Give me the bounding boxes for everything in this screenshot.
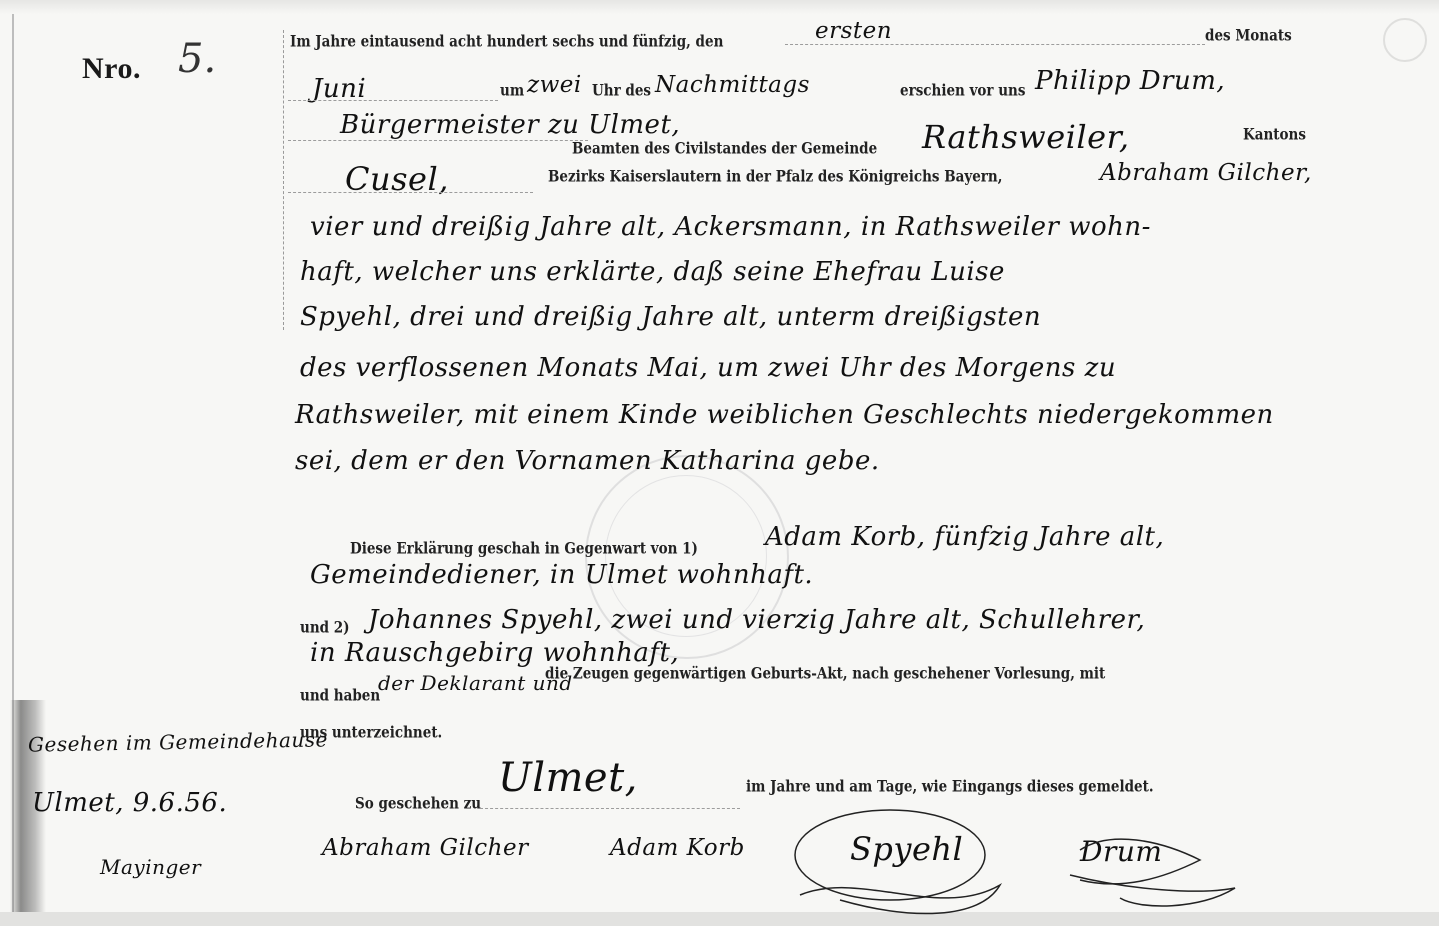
handwritten-und-haben-fill: der Deklarant und — [378, 671, 573, 695]
printed-beamten: Beamten des Civilstandes der Gemeinde — [572, 140, 877, 158]
margin-note-signature: Mayinger — [100, 855, 201, 879]
printed-diese-erklaerung: Diese Erklärung geschah in Gegenwart von… — [350, 540, 698, 558]
fill-line — [480, 808, 740, 809]
body-line-5: Rathsweiler, mit einem Kinde weiblichen … — [295, 400, 1274, 430]
handwritten-official-name: Philipp Drum, — [1035, 66, 1225, 96]
handwritten-hour: zwei — [527, 72, 582, 98]
fill-line — [785, 44, 1205, 45]
handwritten-witness1-line2: Gemeindediener, in Ulmet wohnhaft. — [310, 560, 813, 590]
body-line-3: Spyehl, drei und dreißig Jahre alt, unte… — [300, 302, 1041, 332]
handwritten-witness1-line1: Adam Korb, fünfzig Jahre alt, — [765, 522, 1164, 552]
fill-line — [288, 140, 588, 141]
margin-note-line2: Ulmet, 9.6.56. — [32, 788, 227, 818]
body-line-1: vier und dreißig Jahre alt, Ackersmann, … — [310, 212, 1151, 242]
handwritten-municipality: Rathsweiler, — [922, 118, 1129, 156]
signature-declarant: Abraham Gilcher — [322, 835, 529, 861]
signature-witness1: Adam Korb — [610, 835, 745, 861]
fill-line — [288, 100, 498, 101]
record-number-label: Nro. — [82, 52, 141, 86]
page-top-edge — [0, 0, 1439, 14]
printed-bezirks: Bezirks Kaiserslautern in der Pfalz des … — [548, 168, 1002, 186]
handwritten-witness2-line1: Johannes Spyehl, zwei und vierzig Jahre … — [368, 605, 1145, 635]
body-line-6: sei, dem er den Vornamen Katharina gebe. — [295, 446, 880, 476]
printed-erschien: erschien vor uns — [900, 82, 1025, 100]
printed-year-line: Im Jahre eintausend acht hundert sechs u… — [290, 33, 723, 51]
signature-flourish — [780, 800, 1240, 925]
record-number-value: 5. — [178, 36, 216, 82]
fill-line — [288, 192, 533, 193]
margin-note-line1: Gesehen im Gemeindehause — [28, 727, 328, 756]
handwritten-place-signed: Ulmet, — [498, 755, 638, 801]
body-line-4: des verflossenen Monats Mai, um zwei Uhr… — [300, 353, 1116, 383]
corner-stamp-mark — [1383, 18, 1427, 62]
column-divider — [283, 30, 285, 330]
printed-im-jahre-und: im Jahre und am Tage, wie Eingangs diese… — [746, 778, 1154, 796]
handwritten-declarant: Abraham Gilcher, — [1100, 160, 1312, 186]
printed-um: um — [500, 82, 524, 100]
handwritten-time-of-day: Nachmittags — [655, 72, 810, 98]
printed-die-zeugen: die Zeugen gegenwärtigen Geburts-Akt, na… — [545, 665, 1105, 683]
printed-und-haben: und haben — [300, 687, 380, 705]
printed-des-monats: des Monats — [1205, 27, 1292, 45]
handwritten-official-title: Bürgermeister zu Ulmet, — [340, 110, 680, 140]
body-line-2: haft, welcher uns erklärte, daß seine Eh… — [300, 257, 1005, 287]
handwritten-witness2-line2: in Rauschgebirg wohnhaft, — [310, 638, 679, 668]
printed-und-2: und 2) — [300, 619, 350, 637]
printed-kantons: Kantons — [1243, 126, 1306, 144]
printed-uhr-des: Uhr des — [592, 82, 651, 100]
handwritten-day: ersten — [815, 18, 892, 44]
document-page: Nro. 5. Im Jahre eintausend acht hundert… — [0, 0, 1439, 926]
printed-so-geschehen: So geschehen zu — [355, 795, 481, 813]
